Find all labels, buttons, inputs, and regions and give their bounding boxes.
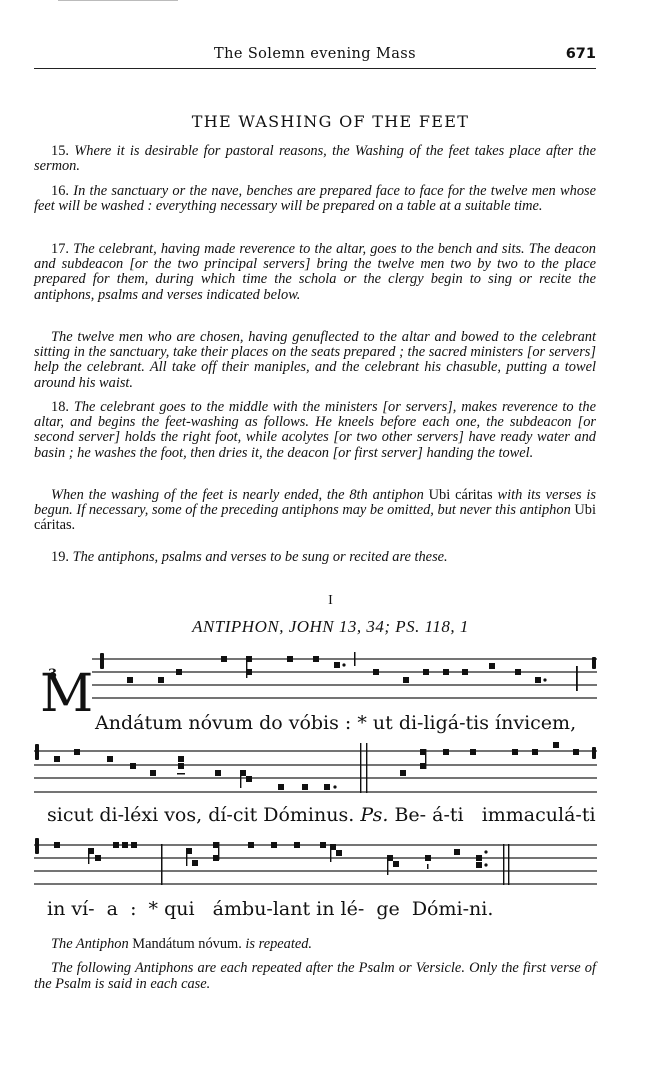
chant-lyric-line-1: Andátum nóvum do vóbis : * ut di-ligá-ti… xyxy=(95,712,576,734)
paragraph-text: The celebrant goes to the middle with th… xyxy=(34,399,596,461)
chant-staff-1 xyxy=(0,650,661,710)
page-number: 671 xyxy=(566,46,596,62)
do-clef xyxy=(100,653,104,669)
initial-letter: M xyxy=(40,668,93,720)
running-head: The Solemn evening Mass 671 xyxy=(34,44,596,69)
paragraph-number: 16. xyxy=(51,183,69,199)
paragraph-number: 19. xyxy=(51,549,69,565)
paragraph-number: 17. xyxy=(51,241,69,257)
custos xyxy=(592,657,596,669)
chant-number: I xyxy=(0,593,661,609)
paragraph-text: Where it is desirable for pastoral reaso… xyxy=(34,143,596,174)
lyric-text: Be- á-ti immaculá-ti xyxy=(388,804,595,826)
paragraph-number: 15. xyxy=(51,143,69,159)
paragraph-17: 17. The celebrant, having made reverence… xyxy=(34,242,596,303)
paragraph-15: 15. Where it is desirable for pastoral r… xyxy=(34,144,596,174)
note-text: The Antiphon xyxy=(51,936,132,952)
paragraph-19: 19. The antiphons, psalms and verses to … xyxy=(34,550,596,565)
paragraph-text: When the washing of the feet is nearly e… xyxy=(51,487,429,503)
paragraph-18: 18. The celebrant goes to the middle wit… xyxy=(34,400,596,461)
antiphon-heading: ANTIPHON, JOHN 13, 34; PS. 118, 1 xyxy=(0,617,661,637)
paragraph-text: The celebrant, having made reverence to … xyxy=(34,241,596,303)
paragraph-text: The twelve men who are chosen, having ge… xyxy=(34,329,596,391)
paragraph-16: 16. In the sanctuary or the nave, benche… xyxy=(34,184,596,214)
paragraph-number: 18. xyxy=(51,399,69,415)
paragraph-text: The antiphons, psalms and verses to be s… xyxy=(73,549,448,565)
footer-note-2: The following Antiphons are each repeate… xyxy=(34,961,596,992)
chant-lyric-line-2: sicut di-léxi vos, dí-cit Dóminus. Ps. B… xyxy=(47,804,596,826)
scan-artifact xyxy=(58,0,178,1)
lyric-text: sicut di-léxi vos, dí-cit Dóminus. xyxy=(47,804,354,826)
paragraph-text: In the sanctuary or the nave, benches ar… xyxy=(34,183,596,214)
note-text: is repeated. xyxy=(242,936,312,952)
running-title: The Solemn evening Mass xyxy=(34,46,596,62)
chant-title-ref: Ubi cáritas xyxy=(429,487,493,503)
footer-note-1: The Antiphon Mandátum nóvum. is repeated… xyxy=(34,937,596,953)
paragraph-18-continued: When the washing of the feet is nearly e… xyxy=(34,488,596,534)
chant-staff-3 xyxy=(0,835,661,890)
paragraph-17-continued: The twelve men who are chosen, having ge… xyxy=(34,330,596,391)
psalm-marker: Ps. xyxy=(360,804,388,826)
chant-staff-2 xyxy=(0,740,661,802)
chant-lyric-line-3: in ví- a : * qui ámbu-lant in lé- ge Dóm… xyxy=(47,898,493,920)
section-title: THE WASHING OF THE FEET xyxy=(0,112,661,131)
chant-title-ref: Mandátum nóvum. xyxy=(132,936,242,952)
